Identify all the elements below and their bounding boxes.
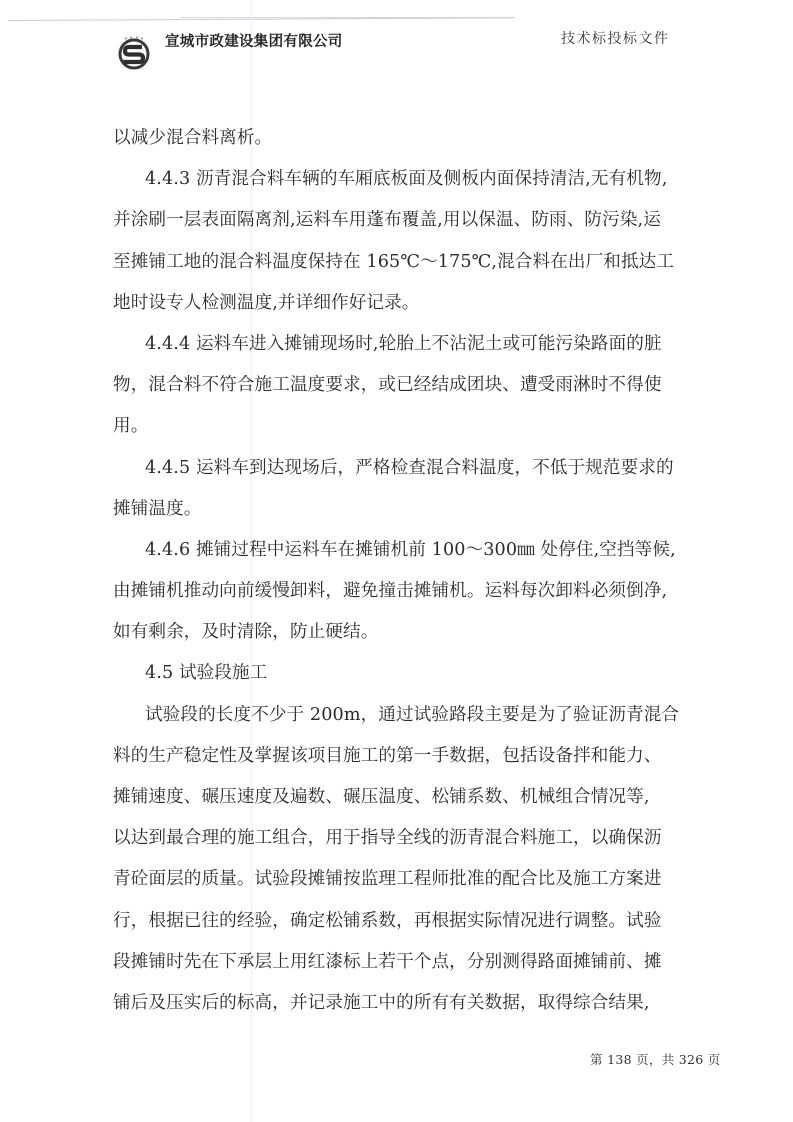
document-type-label: 技术标投标文件 [561, 28, 670, 48]
section-4-5-heading: 4.5 试验段施工 [113, 653, 683, 694]
section-4-4-4-line: 4.4.4 运料车进入摊铺现场时,轮胎上不沾泥土或可能污染路面的脏 [113, 324, 683, 365]
page-number-footer: 第 138 页，共 326 页 [590, 1050, 721, 1068]
section-4-4-5-line: 4.4.5 运料车到达现场后，严格检查混合料温度，不低于规范要求的 [113, 448, 683, 489]
body-line: 并涂刷一层表面隔离剂,运料车用蓬布覆盖,用以保温、防雨、防污染,运 [113, 200, 683, 241]
section-4-4-3-line: 4.4.3 沥青混合料车辆的车厢底板面及侧板内面保持清洁,无有机物, [113, 159, 683, 200]
body-line: 摊铺速度、碾压速度及遍数、碾压温度、松铺系数、机械组合情况等, [113, 777, 683, 818]
body-line: 用。 [113, 406, 683, 447]
body-line: 摊铺温度。 [113, 489, 683, 530]
body-line: 物，混合料不符合施工温度要求，或已经结成团块、遭受雨淋时不得使 [113, 365, 683, 406]
body-line: 以达到最合理的施工组合，用于指导全线的沥青混合料施工，以确保沥 [113, 818, 683, 859]
document-body: 以减少混合料离析。 4.4.3 沥青混合料车辆的车厢底板面及侧板内面保持清洁,无… [113, 118, 683, 1024]
company-name: 宣城市政建设集团有限公司 [165, 30, 343, 51]
body-line: 以减少混合料离析。 [113, 118, 683, 159]
body-line: 如有剩余，及时清除，防止硬结。 [113, 612, 683, 653]
body-line: 段摊铺时先在下承层上用红漆标上若干个点，分别测得路面摊铺前、摊 [113, 942, 683, 983]
body-line: 料的生产稳定性及掌握该项目施工的第一手数据，包括设备拌和能力、 [113, 736, 683, 777]
company-logo-icon [117, 36, 151, 70]
body-line: 至摊铺工地的混合料温度保持在 165℃～175℃,混合料在出厂和抵达工 [113, 242, 683, 283]
page-header: 宣城市政建设集团有限公司 技术标投标文件 [0, 0, 793, 90]
section-4-4-6-line: 4.4.6 摊铺过程中运料车在摊铺机前 100～300㎜ 处停住,空挡等候, [113, 530, 683, 571]
body-line: 青砼面层的质量。试验段摊铺按监理工程师批准的配合比及施工方案进 [113, 859, 683, 900]
body-line: 由摊铺机推动向前缓慢卸料，避免撞击摊铺机。运料每次卸料必须倒净, [113, 571, 683, 612]
body-line: 试验段的长度不少于 200m，通过试验路段主要是为了验证沥青混合 [113, 695, 683, 736]
body-line: 地时设专人检测温度,并详细作好记录。 [113, 283, 683, 324]
body-line: 铺后及压实后的标高，并记录施工中的所有有关数据，取得综合结果, [113, 983, 683, 1024]
body-line: 行，根据已往的经验，确定松铺系数，再根据实际情况进行调整。试验 [113, 901, 683, 942]
